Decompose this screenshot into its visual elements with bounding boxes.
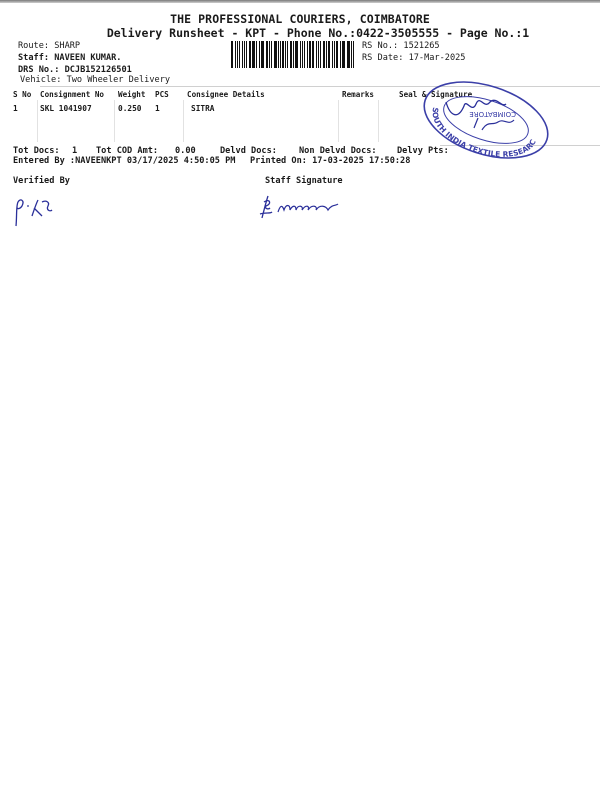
column-divider xyxy=(378,100,379,142)
barcode-bar xyxy=(328,41,330,68)
barcode-bar xyxy=(290,41,292,68)
barcode-bar xyxy=(320,41,321,68)
barcode-bar xyxy=(239,41,240,68)
route-label: Route: SHARP xyxy=(18,41,80,51)
barcode-bar xyxy=(302,41,303,68)
barcode-bar xyxy=(280,41,281,68)
barcode-bar xyxy=(266,41,268,68)
barcode-bar xyxy=(285,41,286,68)
barcode-bar xyxy=(237,41,238,68)
column-header-weight: Weight xyxy=(118,90,145,99)
barcode-bar xyxy=(252,41,255,68)
barcode-bar xyxy=(316,41,317,68)
column-header-sno: S No xyxy=(13,90,31,99)
barcode-bar xyxy=(307,41,308,68)
barcode-bar xyxy=(309,41,311,68)
barcode-bar xyxy=(336,41,338,68)
cell-pcs: 1 xyxy=(155,104,160,113)
vehicle-label: Vehicle: Two Wheeler Delivery xyxy=(20,75,170,85)
cell-weight: 0.250 xyxy=(118,104,141,113)
barcode-bar xyxy=(343,41,345,68)
column-header-consignee: Consignee Details xyxy=(187,90,265,99)
non-delvd-docs-label: Non Delvd Docs: xyxy=(299,146,377,156)
company-title: THE PROFESSIONAL COURIERS, COIMBATORE xyxy=(0,12,600,26)
barcode-bar xyxy=(347,41,350,68)
barcode-bar xyxy=(231,41,233,68)
barcode-bar xyxy=(244,41,245,68)
barcode-bar xyxy=(304,41,305,68)
barcode-bar xyxy=(262,41,264,68)
barcode-bar xyxy=(323,41,326,68)
barcode-bar xyxy=(342,41,343,68)
barcode-bar xyxy=(351,41,352,68)
delvy-pts-label: Delvy Pts: xyxy=(397,146,449,156)
barcode-bar xyxy=(340,41,341,68)
cell-sno: 1 xyxy=(13,104,18,113)
column-divider xyxy=(183,100,184,142)
verifier-signature-icon xyxy=(12,194,62,230)
barcode-bar xyxy=(312,41,314,68)
barcode-bar xyxy=(235,41,236,68)
barcode-bar xyxy=(278,41,279,68)
barcode-bar xyxy=(256,41,257,68)
barcode-bar xyxy=(287,41,288,68)
barcode-bar xyxy=(295,41,298,68)
barcode-bar xyxy=(332,41,333,68)
runsheet-subtitle: Delivery Runsheet - KPT - Phone No.:0422… xyxy=(0,26,600,40)
drs-number: DRS No.: DCJB152126501 xyxy=(18,65,132,75)
barcode-bar xyxy=(242,41,244,68)
barcode-bar xyxy=(353,41,354,68)
column-header-remarks: Remarks xyxy=(342,90,374,99)
barcode-bar xyxy=(300,41,302,68)
tot-docs-value: 1 xyxy=(72,146,77,156)
delvd-docs-label: Delvd Docs: xyxy=(220,146,277,156)
barcode-icon xyxy=(231,41,356,68)
barcode-bar xyxy=(246,41,247,68)
scan-top-edge xyxy=(0,0,600,3)
barcode-bar xyxy=(269,41,270,68)
barcode-bar xyxy=(334,41,335,68)
tot-cod-label: Tot COD Amt: xyxy=(96,146,158,156)
verified-by-label: Verified By xyxy=(13,176,70,186)
barcode-bar xyxy=(249,41,251,68)
barcode-bar xyxy=(271,41,272,68)
barcode-bar xyxy=(259,41,260,68)
rs-number: RS No.: 1521265 xyxy=(362,41,440,51)
svg-text:COIMBATORE: COIMBATORE xyxy=(469,110,516,118)
column-divider xyxy=(37,100,38,142)
entered-by: Entered By :NAVEENKPT 03/17/2025 4:50:05… xyxy=(13,156,235,166)
barcode-bar xyxy=(326,41,327,68)
tot-cod-value: 0.00 xyxy=(175,146,196,156)
cell-consignment-no: SKL 1041907 xyxy=(40,104,92,113)
column-header-pcs: PCS xyxy=(155,90,169,99)
barcode-bar xyxy=(274,41,277,68)
staff-signature-icon xyxy=(256,192,348,224)
column-divider xyxy=(338,100,339,142)
rs-date: RS Date: 17-Mar-2025 xyxy=(362,53,465,63)
cell-consignee: SITRA xyxy=(191,104,214,113)
barcode-bar xyxy=(261,41,262,68)
staff-signature-label: Staff Signature xyxy=(265,176,343,186)
tot-docs-label: Tot Docs: xyxy=(13,146,60,156)
barcode-bar xyxy=(293,41,294,68)
staff-label: Staff: NAVEEN KUMAR. xyxy=(18,53,121,63)
barcode-bar xyxy=(282,41,284,68)
printed-on: Printed On: 17-03-2025 17:50:28 xyxy=(250,156,410,166)
barcode-bar xyxy=(318,41,319,68)
column-header-consignment: Consignment No xyxy=(40,90,104,99)
column-divider xyxy=(114,100,115,142)
